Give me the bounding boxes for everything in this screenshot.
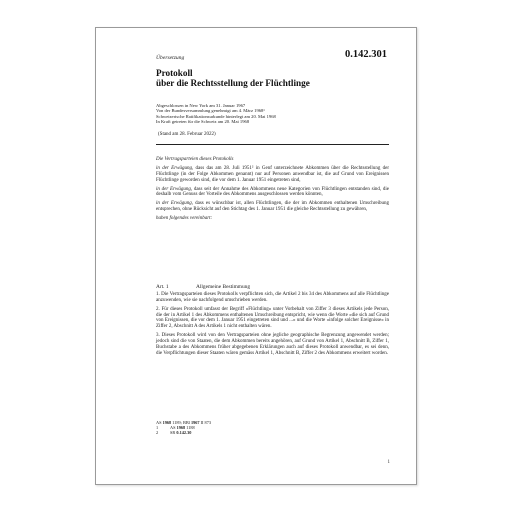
document-title: Protokoll über die Rechtsstellung der Fl…: [156, 68, 396, 88]
article-paragraph: 3. Dieses Protokoll wird von den Vertrag…: [156, 333, 389, 356]
preamble-closing: haben folgendes vereinbart:: [156, 216, 389, 222]
article-title: Allgemeine Bestimmung: [196, 284, 250, 290]
page-number: 1: [388, 460, 391, 465]
sr-number: 0.142.301: [345, 49, 387, 60]
footnote-marker: 2: [156, 431, 170, 436]
article-number: Art. 1: [156, 284, 196, 290]
preamble-paragraph: in der Erwägung, dass seit der Annahme d…: [156, 187, 389, 199]
document-metadata: Abgeschlossen in New York am 31. Januar …: [156, 103, 396, 124]
preamble-lead: in der Erwägung,: [156, 187, 192, 192]
meta-line: In Kraft getreten für die Schweiz am 20.…: [156, 119, 396, 124]
preamble-paragraph: in der Erwägung, dass das am 28. Juli 19…: [156, 166, 389, 183]
translation-label: Übersetzung: [156, 55, 184, 61]
footnote: 2SR 0.142.30: [156, 431, 211, 436]
preamble-lead: in der Erwägung,: [156, 166, 193, 171]
article-heading: Art. 1Allgemeine Bestimmung: [156, 284, 250, 290]
status-date: (Stand am 28. Februar 2022): [158, 132, 216, 137]
title-line-1: Protokoll: [156, 68, 396, 78]
title-line-2: über die Rechtsstellung der Flüchtlinge: [156, 78, 396, 88]
fn-text: II 873: [200, 420, 211, 425]
preamble-lead: in der Erwägung,: [156, 201, 193, 206]
separator-rule: [156, 144, 389, 145]
preamble: in der Erwägung, dass das am 28. Juli 19…: [156, 166, 389, 225]
preamble-heading: Die Vertragsparteien dieses Protokolls: [156, 157, 389, 163]
fn-text: 0.142.30: [176, 430, 191, 435]
preamble-closing-text: haben folgendes vereinbart:: [156, 216, 212, 221]
article-paragraph: 1. Die Vertragsparteien dieses Protokoll…: [156, 292, 389, 304]
article-paragraph: 2. Für dieses Protokoll umfasst der Begr…: [156, 307, 389, 330]
article-body: 1. Die Vertragsparteien dieses Protokoll…: [156, 292, 389, 360]
document-page: Übersetzung 0.142.301 Protokoll über die…: [95, 27, 417, 485]
footnotes: AS 1968 1189; BBl 1967 II 873 1AS 1968 1…: [156, 421, 211, 435]
preamble-paragraph: in der Erwägung, dass es wünschbar ist, …: [156, 201, 389, 213]
